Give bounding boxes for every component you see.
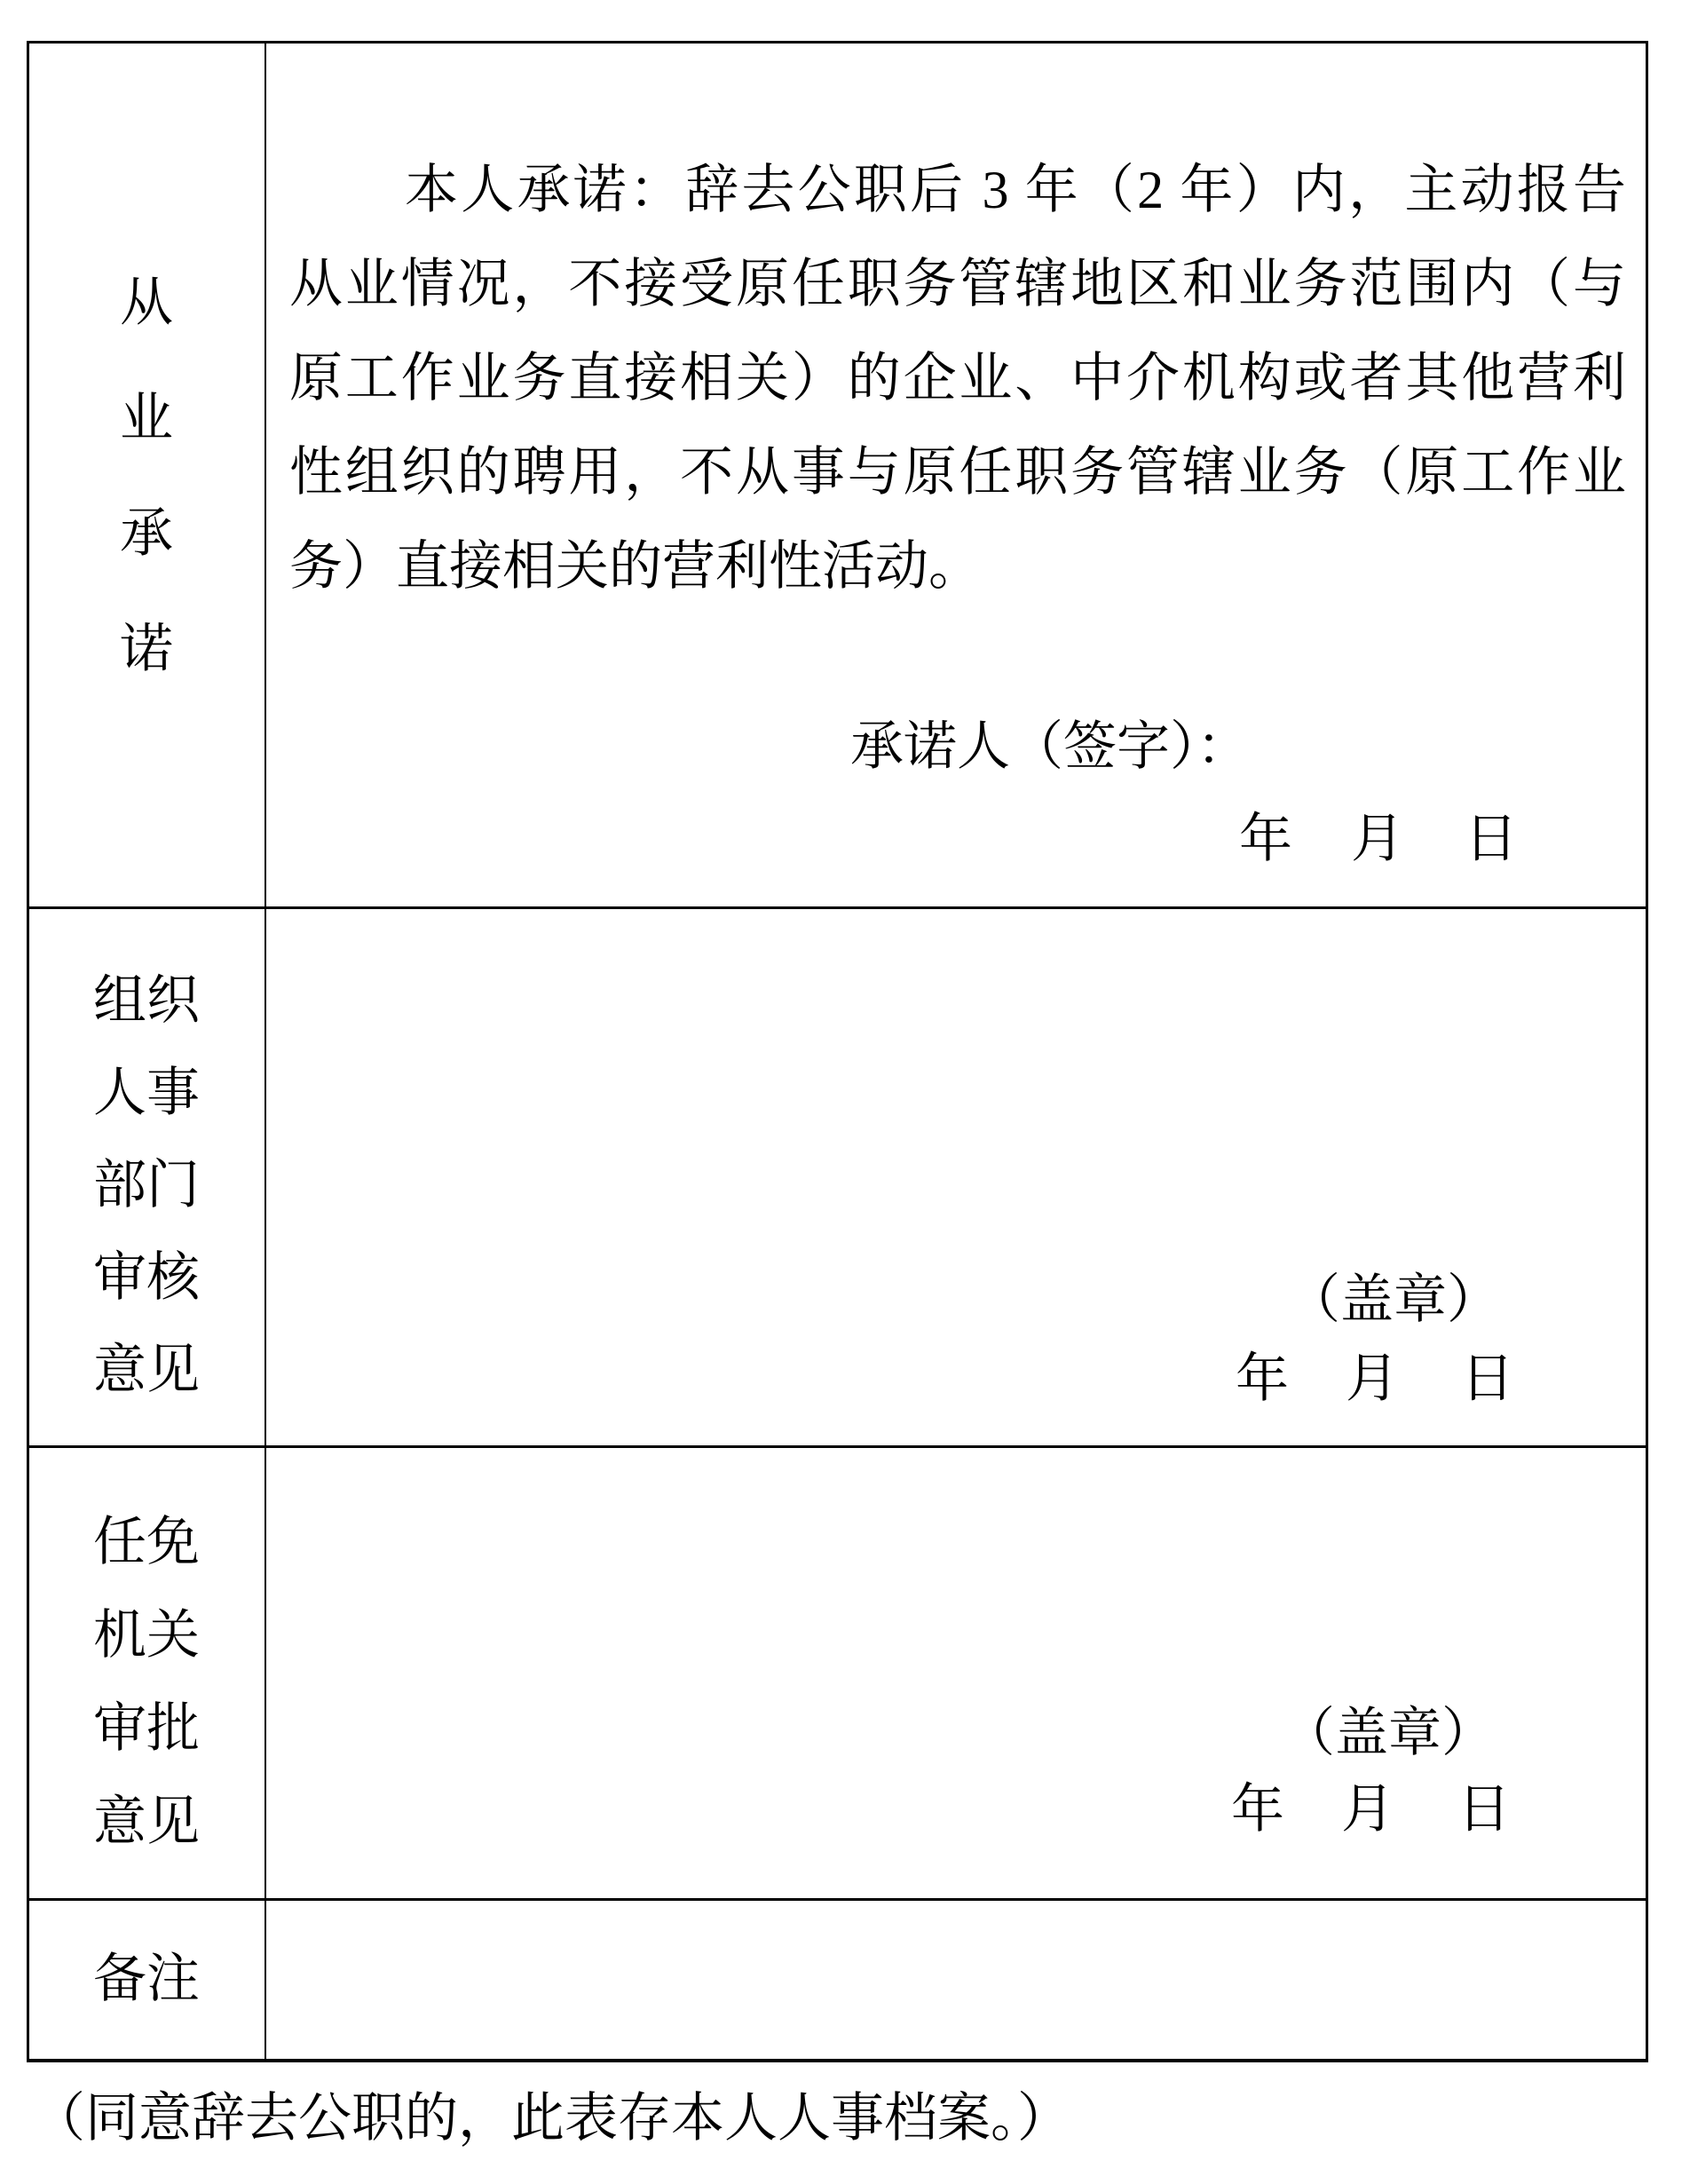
label-line: 意见: [28, 1324, 265, 1416]
label-line: 审核: [28, 1231, 265, 1324]
commitment-paragraph: 本人承诺：辞去公职后 3 年（2 年）内，主动报告 从业情况，不接受原任职务管辖…: [289, 143, 1626, 613]
hr-review-opinion-area[interactable]: [267, 910, 1646, 1247]
date-day: 日: [1465, 795, 1518, 883]
date-year: 年: [1231, 1765, 1284, 1854]
label-line: 业: [28, 360, 265, 476]
label-line: 备注: [28, 1933, 265, 2025]
date-day: 日: [1457, 1765, 1511, 1854]
date-day: 日: [1461, 1334, 1514, 1423]
approval-opinion-area[interactable]: [267, 1449, 1646, 1697]
paragraph-line: 本人承诺：辞去公职后 3 年（2 年）内，主动报告: [289, 143, 1626, 237]
label-line: 部门: [28, 1139, 265, 1231]
paragraph-line: 原工作业务直接相关）的企业、中介机构或者其他营利: [289, 331, 1626, 425]
signature-field-label[interactable]: 承诺人（签字）：: [850, 702, 1250, 791]
label-line: 意见: [28, 1776, 265, 1869]
date-month: 月: [1346, 1334, 1399, 1423]
paragraph-line: 从业情况，不接受原任职务管辖地区和业务范围内（与: [289, 237, 1626, 331]
remarks-field[interactable]: [267, 1902, 1646, 2059]
date-month: 月: [1341, 1765, 1394, 1854]
date-month: 月: [1351, 795, 1404, 883]
row-label-employment-commitment: 从 业 承 诺: [28, 245, 265, 707]
label-line: 诺: [28, 591, 265, 707]
seal-label: （盖章）: [1282, 1689, 1495, 1777]
paragraph-line: 性组织的聘用，不从事与原任职务管辖业务（原工作业: [289, 425, 1626, 519]
date-year: 年: [1236, 1334, 1289, 1423]
label-line: 组织: [28, 954, 265, 1047]
paragraph-line: 务）直接相关的营利性活动。: [289, 519, 1626, 613]
label-line: 承: [28, 476, 265, 591]
label-line: 人事: [28, 1047, 265, 1139]
label-line: 任免: [28, 1496, 265, 1589]
label-line: 机关: [28, 1589, 265, 1682]
footer-note: （同意辞去公职的，此表存本人人事档案。）: [32, 2074, 1070, 2163]
row-label-remarks: 备注: [28, 1933, 265, 2025]
seal-label: （盖章）: [1287, 1255, 1500, 1344]
label-line: 审批: [28, 1682, 265, 1776]
label-line: 从: [28, 245, 265, 360]
date-year: 年: [1239, 795, 1292, 883]
row-label-hr-review: 组织 人事 部门 审核 意见: [28, 954, 265, 1416]
row-label-appointing-authority: 任免 机关 审批 意见: [28, 1496, 265, 1869]
